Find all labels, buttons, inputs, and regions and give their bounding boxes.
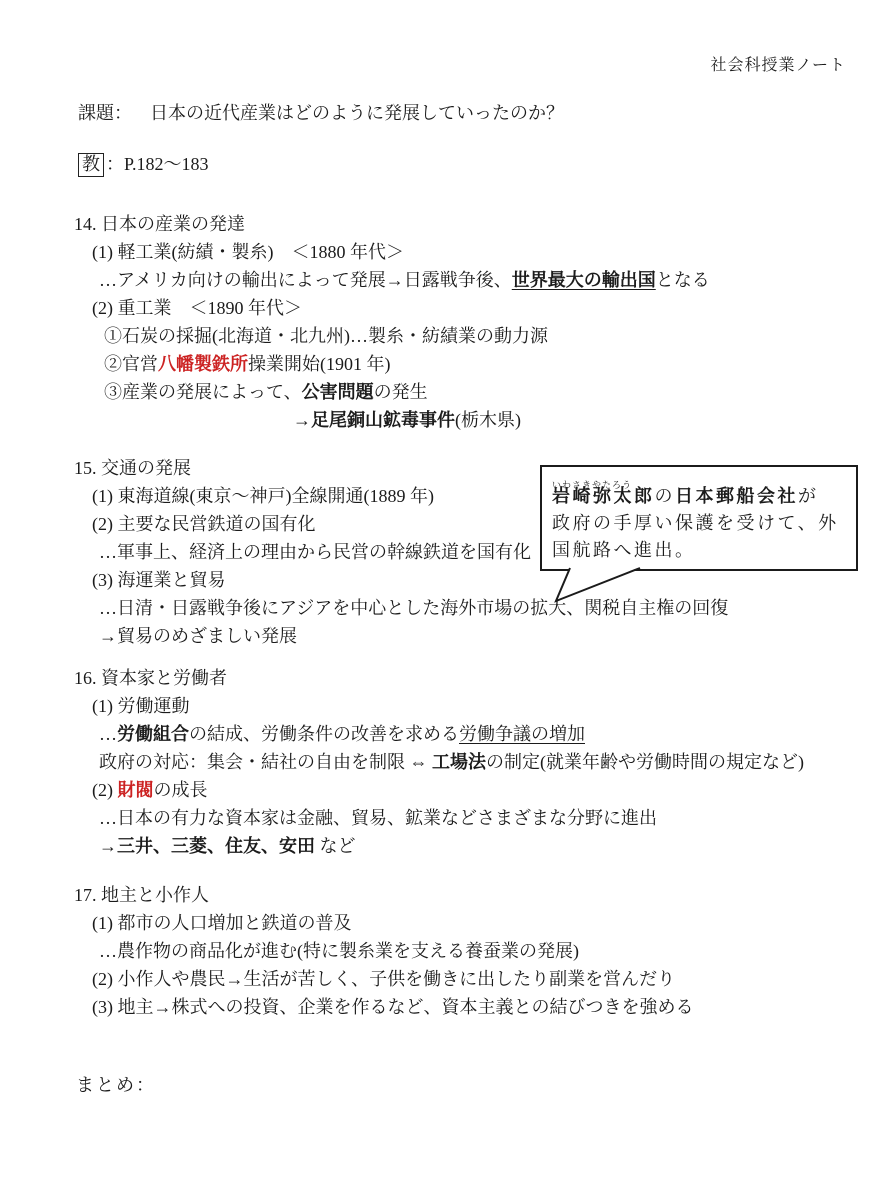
summary-label: まとめ： [76,1071,156,1097]
text-segment: 労働争議の増加 [459,724,585,744]
text-segment: 世界最大の輸出国 [512,270,656,290]
document-header-title: 社会科授業ノート [710,52,846,75]
note-line: …日清・日露戦争後にアジアを中心とした海外市場の拡大、関税自主権の回復 [74,594,874,622]
note-line: (1) 軽工業(紡績・製糸) ＜1880 年代＞ [74,238,874,266]
text-segment: 16. 資本家と労働者 [74,668,227,688]
text-segment: … [99,724,117,744]
text-segment: →貿易のめざましい発展 [99,626,297,646]
text-segment: (栃木県) [455,410,521,430]
text-segment: →足尾銅山鉱毒事件 [293,410,455,430]
section-17-heading: 17. 地主と小作人 [74,881,874,909]
text-segment: 政府の手厚い保護を受けて、外 [552,513,839,533]
text-segment: 財閥 [118,780,154,800]
text-segment: となる [656,270,710,290]
text-segment: 国航路へ進出。 [552,540,696,560]
text-segment: (2) 主要な民営鉄道の国有化 [92,514,316,534]
text-segment: (2) 重工業 ＜1890 年代＞ [92,298,302,318]
text-segment: が [798,486,819,506]
note-line: …日本の有力な資本家は金融、貿易、鉱業などさまざまな分野に進出 [74,804,874,832]
text-segment: ①石炭の採掘(北海道・北九州)…製糸・紡績業の動力源 [104,326,548,346]
section-14-heading: 14. 日本の産業の発達 [74,210,874,238]
text-segment: (3) 地主→株式への投資、企業を作るなど、資本主義との結びつきを強める [92,997,694,1017]
text-segment: 日本郵船会社 [675,486,798,506]
text-segment: 岩崎弥太郎いわさきやたろう [552,483,655,510]
lesson-question-text: 日本の近代産業はどのように発展していったのか？ [150,103,564,123]
text-segment: →三井、三菱、住友、安田 [99,836,315,856]
text-segment: (2) 小作人や農民→生活が苦しく、子供を働きに出したり副業を営んだり [92,969,675,989]
text-segment: (1) 労働運動 [92,696,190,716]
text-segment: ③産業の発展によって、 [104,382,302,402]
text-segment: の発生 [374,382,428,402]
speech-bubble-nippon-yusen: 岩崎弥太郎いわさきやたろうの日本郵船会社が政府の手厚い保護を受けて、外国航路へ進… [540,465,858,571]
textbook-page-range: ：P.182～183 [106,154,209,174]
speech-bubble-line: 国航路へ進出。 [552,537,846,564]
note-line: …労働組合の結成、労働条件の改善を求める労働争議の増加 [74,720,874,748]
text-segment: …軍事上、経済上の理由から民営の幹線鉄道を国有化 [99,542,531,562]
note-line: ②官営八幡製鉄所操業開始(1901 年) [74,350,874,378]
lesson-question-line: 課題：日本の近代産業はどのように発展していったのか？ [78,99,564,125]
text-segment: (1) 都市の人口増加と鉄道の普及 [92,913,352,933]
furigana: いわさきやたろう [552,472,655,499]
lesson-question-label: 課題： [78,103,132,123]
note-line: (2) 小作人や農民→生活が苦しく、子供を働きに出したり副業を営んだり [74,965,874,993]
note-line: (3) 地主→株式への投資、企業を作るなど、資本主義との結びつきを強める [74,993,874,1021]
note-line: (2) 重工業 ＜1890 年代＞ [74,294,874,322]
section-16-heading: 16. 資本家と労働者 [74,664,874,692]
text-segment: など [315,836,356,856]
text-segment: の結成、労働条件の改善を求める [189,724,459,744]
text-segment: …アメリカ向けの輸出によって発展→日露戦争後、 [99,270,512,290]
text-segment: ②官営 [104,354,158,374]
text-segment: (1) 軽工業(紡績・製糸) ＜1880 年代＞ [92,242,404,262]
text-segment: の成長 [154,780,208,800]
text-segment: …農作物の商品化が進む(特に製糸業を支える養蚕業の発展) [99,941,579,961]
textbook-boxed-label: 教 [78,153,104,177]
text-segment: (2) [92,780,118,800]
note-line: →貿易のめざましい発展 [74,622,874,650]
text-segment: (1) 東海道線(東京～神戸)全線開通(1889 年) [92,486,434,506]
speech-bubble-line: 岩崎弥太郎いわさきやたろうの日本郵船会社が [552,483,846,510]
text-segment: 公害問題 [302,382,374,402]
text-segment: 労働組合 [117,724,189,744]
note-line: →足尾銅山鉱毒事件(栃木県) [74,406,874,434]
text-segment: の [655,486,676,506]
note-line: (2) 財閥の成長 [74,776,874,804]
text-segment: の制定(就業年齢や労働時間の規定など) [486,752,804,772]
note-line: 政府の対応：集会・結社の自由を制限 ⇔ 工場法の制定(就業年齢や労働時間の規定な… [74,748,874,776]
text-segment: 工場法 [432,752,486,772]
note-line: ③産業の発展によって、公害問題の発生 [74,378,874,406]
speech-bubble-tail [554,567,646,605]
notebook-page: { "colors": { "accent_red": "#cc2222", "… [0,0,888,1200]
textbook-reference-line: 教：P.182～183 [78,150,209,177]
note-body: 14. 日本の産業の発達(1) 軽工業(紡績・製糸) ＜1880 年代＞…アメリ… [74,210,874,1021]
text-segment: (3) 海運業と貿易 [92,570,226,590]
text-segment: 八幡製鉄所 [158,354,248,374]
note-line: …アメリカ向けの輸出によって発展→日露戦争後、世界最大の輸出国となる [74,266,874,294]
note-line: ①石炭の採掘(北海道・北九州)…製糸・紡績業の動力源 [74,322,874,350]
text-segment: 17. 地主と小作人 [74,885,209,905]
text-segment: …日本の有力な資本家は金融、貿易、鉱業などさまざまな分野に進出 [99,808,657,828]
note-line: (1) 労働運動 [74,692,874,720]
note-line: …農作物の商品化が進む(特に製糸業を支える養蚕業の発展) [74,937,874,965]
text-segment: 15. 交通の発展 [74,458,191,478]
note-line: (1) 都市の人口増加と鉄道の普及 [74,909,874,937]
speech-bubble-line: 政府の手厚い保護を受けて、外 [552,510,846,537]
text-segment: 14. 日本の産業の発達 [74,214,245,234]
text-segment: 操業開始(1901 年) [248,354,391,374]
note-line: →三井、三菱、住友、安田 など [74,832,874,860]
text-segment: 政府の対応：集会・結社の自由を制限 ⇔ [99,752,432,772]
speech-bubble-text: 岩崎弥太郎いわさきやたろうの日本郵船会社が政府の手厚い保護を受けて、外国航路へ進… [552,483,846,564]
